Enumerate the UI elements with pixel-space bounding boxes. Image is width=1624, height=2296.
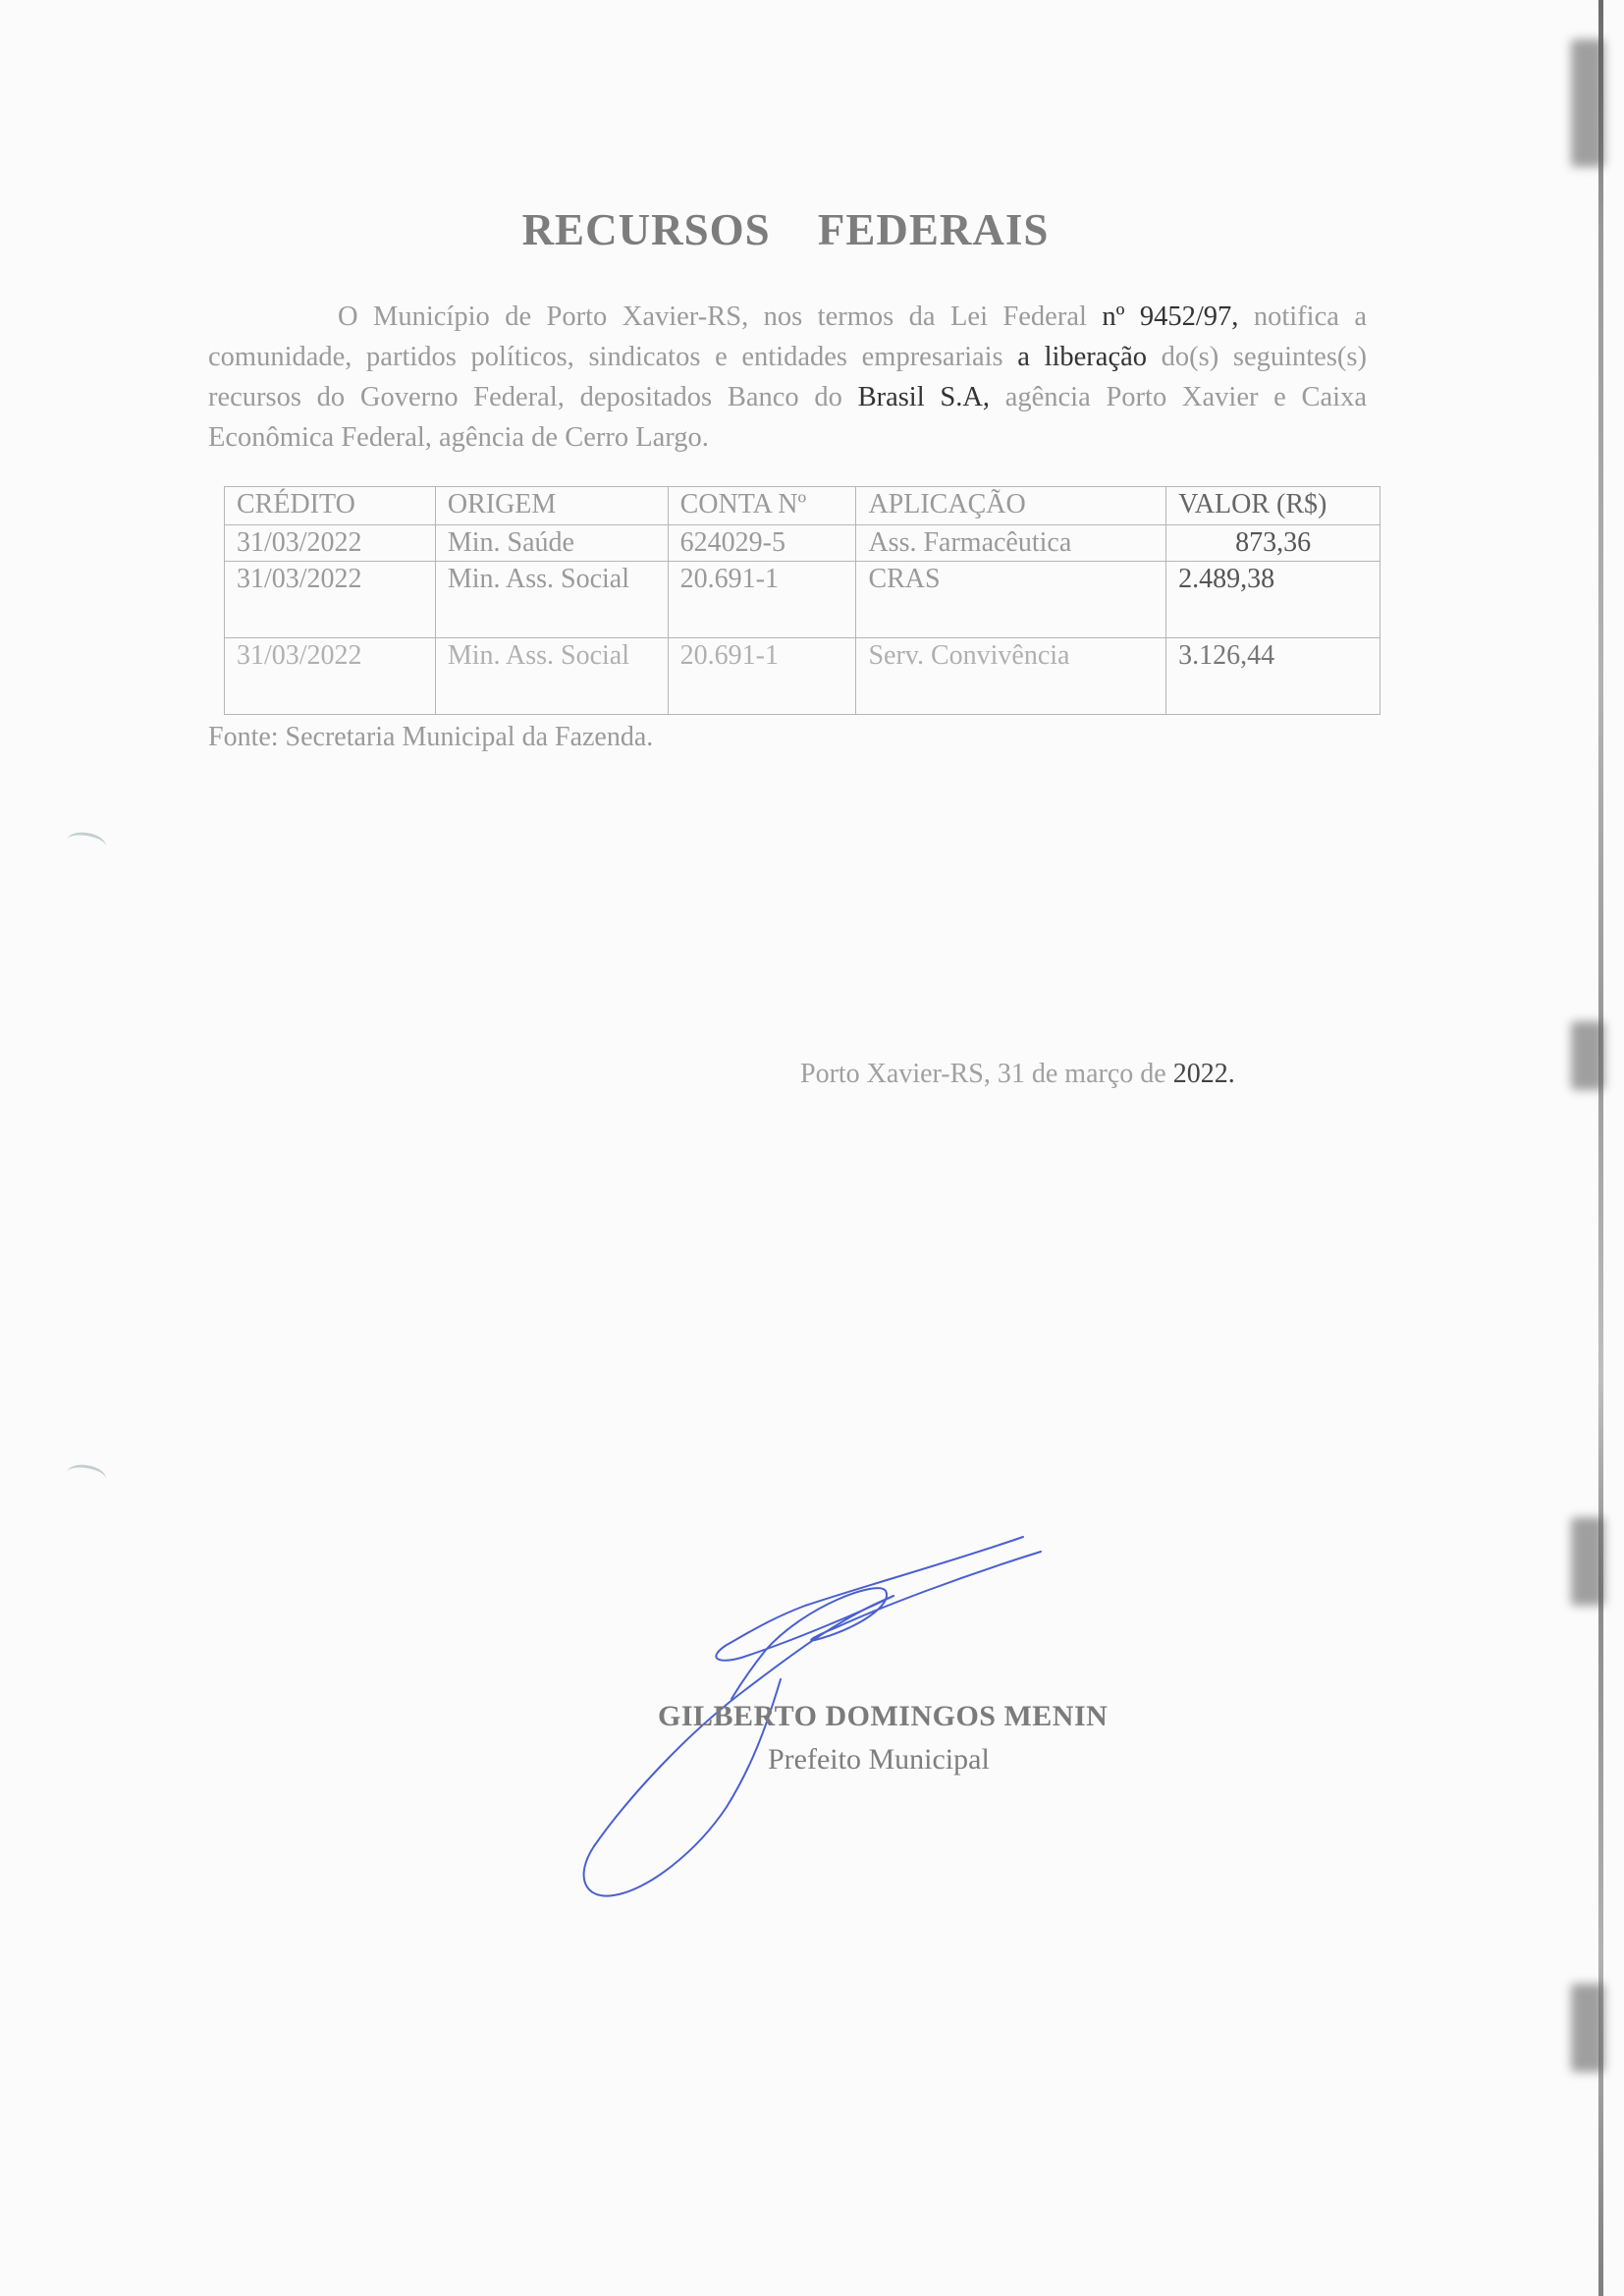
table-header-row: CRÉDITO ORIGEM CONTA Nº APLICAÇÃO VALOR … (225, 487, 1380, 525)
punch-hole-mark (65, 1462, 107, 1490)
cell-valor: 3.126,44 (1166, 638, 1380, 715)
cell-valor: 2.489,38 (1166, 562, 1380, 638)
cell-conta: 20.691-1 (668, 638, 856, 715)
table-row: 31/03/2022 Min. Ass. Social 20.691-1 Ser… (225, 638, 1380, 715)
column-header-origem: ORIGEM (435, 487, 668, 525)
table-row: 31/03/2022 Min. Saúde 624029-5 Ass. Farm… (225, 525, 1380, 562)
cell-conta: 20.691-1 (668, 562, 856, 638)
column-header-aplicacao: APLICAÇÃO (856, 487, 1166, 525)
cell-aplicacao: Ass. Farmacêutica (856, 525, 1166, 562)
cell-origem: Min. Saúde (435, 525, 668, 562)
column-header-credito: CRÉDITO (225, 487, 436, 525)
cell-aplicacao: CRAS (856, 562, 1166, 638)
cell-origem: Min. Ass. Social (435, 562, 668, 638)
signer-role: Prefeito Municipal (768, 1743, 990, 1777)
paragraph-text: O Município de Porto Xavier-RS, nos term… (338, 301, 1102, 332)
place-date: Porto Xavier-RS, 31 de março de 2022. (800, 1059, 1235, 1090)
cell-credito: 31/03/2022 (225, 638, 436, 715)
scan-shadow (1571, 1021, 1604, 1090)
scanned-page-edge (1598, 0, 1603, 2296)
document-title: RECURSOS FEDERAIS (0, 204, 1571, 255)
source-note: Fonte: Secretaria Municipal da Fazenda. (208, 722, 653, 753)
signer-name: GILBERTO DOMINGOS MENIN (658, 1700, 1108, 1733)
cell-credito: 31/03/2022 (225, 525, 436, 562)
cell-aplicacao: Serv. Convivência (856, 638, 1166, 715)
resources-table: CRÉDITO ORIGEM CONTA Nº APLICAÇÃO VALOR … (224, 486, 1380, 715)
cell-origem: Min. Ass. Social (435, 638, 668, 715)
punch-hole-mark (65, 830, 107, 857)
paragraph-text: a liberação (1017, 342, 1147, 372)
paragraph-text: Brasil S.A, (858, 382, 990, 412)
scan-shadow (1571, 1984, 1604, 2072)
cell-credito: 31/03/2022 (225, 562, 436, 638)
column-header-conta: CONTA Nº (668, 487, 856, 525)
notice-paragraph: O Município de Porto Xavier-RS, nos term… (208, 297, 1367, 458)
cell-valor: 873,36 (1166, 525, 1380, 562)
year-text: 2022. (1173, 1059, 1235, 1089)
scan-shadow (1571, 39, 1604, 167)
table-row: 31/03/2022 Min. Ass. Social 20.691-1 CRA… (225, 562, 1380, 638)
scan-shadow (1571, 1517, 1604, 1606)
paragraph-text: nº 9452/97, (1102, 301, 1238, 332)
column-header-valor: VALOR (R$) (1166, 487, 1380, 525)
cell-conta: 624029-5 (668, 525, 856, 562)
place-text: Porto Xavier-RS, 31 de março de (800, 1059, 1173, 1089)
